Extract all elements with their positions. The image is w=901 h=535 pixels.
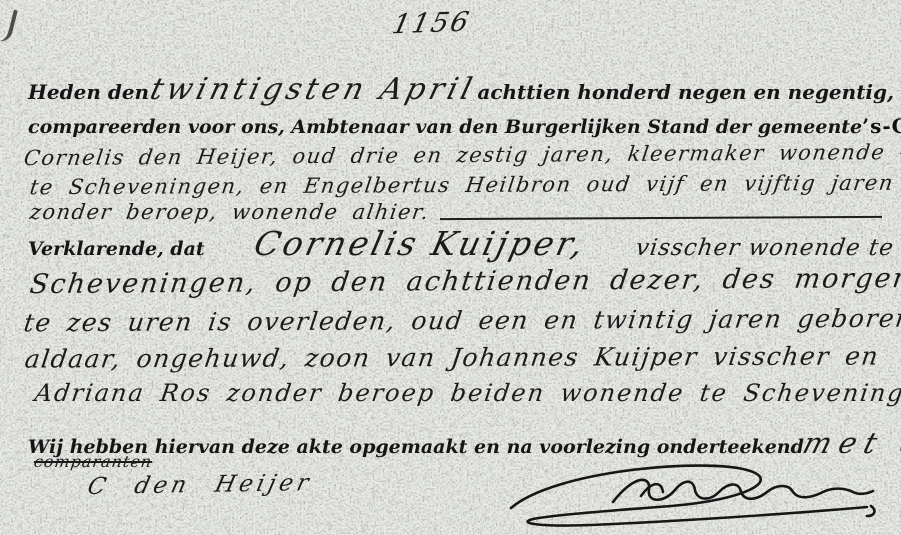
ruled-out-space — [440, 216, 882, 220]
death-time-age-text: te zes uren is overleden, oud een en twi… — [22, 304, 901, 338]
death-time-age-line: te zes uren is overleden, oud een en twi… — [24, 304, 901, 338]
declarant1-line: Cornelis den Heijer, oud drie en zestig … — [24, 140, 901, 170]
municipality-name: ’s-Gravenhage, — [862, 114, 901, 138]
death-place-date-line: Scheveningen, op den achttienden dezer, … — [30, 263, 901, 300]
declarant1-text: Cornelis den Heijer, oud drie en zestig … — [22, 140, 901, 170]
declarant2-text: te Scheveningen, en Engelbertus Heilbron… — [28, 171, 895, 200]
death-place-date-text: Scheveningen, op den achttienden dezer, … — [28, 263, 901, 300]
death-certificate-scan: 1156 Heden den twintigsten April achttie… — [0, 0, 901, 535]
comparanten-text: comparanten — [33, 452, 154, 471]
deceased-name: Cornelis Kuijper, — [251, 224, 590, 263]
signature-left: C den Heijer — [88, 470, 313, 500]
printed-verklarende: Verklarende, dat — [28, 238, 205, 260]
official-signature-flourish — [495, 458, 890, 530]
act-number: 1156 — [389, 7, 473, 41]
handwritten-date: twintigsten April — [147, 72, 480, 107]
deceased-occupation: visscher wonende te — [634, 235, 895, 261]
printed-registrar-text: compareerden voor ons, Ambtenaar van den… — [28, 116, 862, 138]
no-occupation-line: zonder beroep, wonende alhier. — [30, 200, 886, 226]
scan-edge-blemish — [0, 6, 18, 43]
declarant2-line: te Scheveningen, en Engelbertus Heilbron… — [30, 171, 894, 200]
printed-year: achttien honderd negen en negentig, — [477, 80, 894, 104]
parent2-text: Adriana Ros zonder beroep beiden wonende… — [33, 379, 901, 407]
parent1-line: aldaar, ongehuwd, zoon van Johannes Kuij… — [25, 342, 879, 374]
signature-left-text: C den Heijer — [85, 470, 315, 500]
comparanten-line: comparanten — [34, 452, 152, 471]
declaration-line: Verklarende, dat Cornelis Kuijper, vissc… — [28, 224, 894, 263]
registrar-line: compareerden voor ons, Ambtenaar van den… — [28, 114, 894, 138]
parent2-line: Adriana Ros zonder beroep beiden wonende… — [35, 379, 901, 407]
no-occupation-text: zonder beroep, wonende alhier. — [28, 200, 431, 224]
opening-line: Heden den twintigsten April achttien hon… — [28, 72, 894, 107]
closing-line: Wij hebben hiervan deze akte opgemaakt e… — [28, 426, 888, 460]
printed-heden-den: Heden den — [28, 80, 149, 104]
handwritten-met-de: met de — [799, 426, 901, 460]
parent1-text: aldaar, ongehuwd, zoon van Johannes Kuij… — [23, 342, 881, 374]
act-number-row: 1156 — [393, 8, 470, 39]
